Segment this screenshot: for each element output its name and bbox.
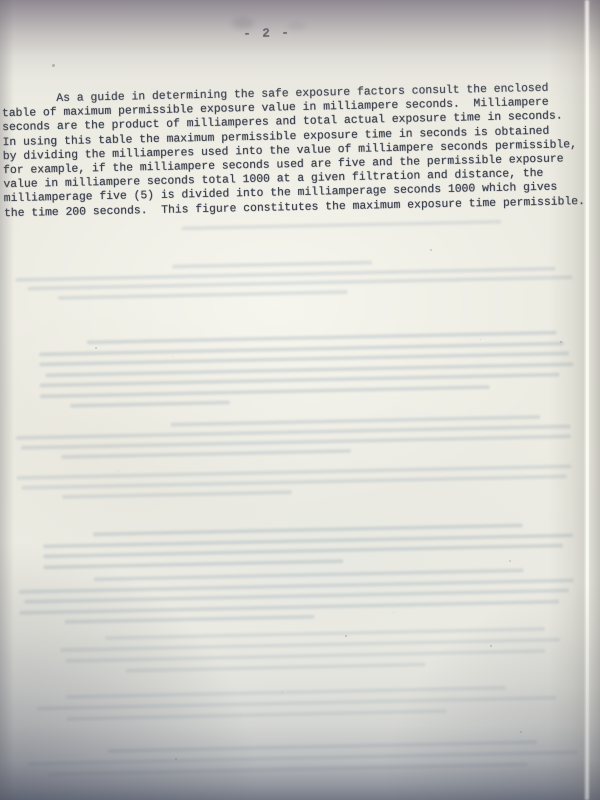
bleed-through-line [40, 385, 490, 398]
paper-speck [393, 612, 394, 613]
bleed-through-text [0, 0, 592, 6]
bleed-through-line [62, 490, 292, 499]
bleed-through-line [107, 740, 537, 753]
paper-speck [262, 160, 263, 161]
paper-speck [172, 356, 173, 357]
page-number: - 2 - [243, 26, 291, 41]
paper-speck [148, 190, 149, 191]
bleed-through-line [48, 762, 528, 776]
paper-speck [490, 645, 492, 647]
bleed-through-line [43, 559, 343, 569]
bleed-through-line [67, 709, 447, 721]
paper-speck [520, 731, 522, 733]
paper-speck [560, 341, 562, 343]
bleed-through-line [61, 449, 351, 459]
paper-speck [175, 758, 177, 760]
paper-speck [430, 249, 432, 251]
paper-speck [282, 692, 283, 693]
paper-speck [95, 347, 97, 349]
bleed-through-line [94, 568, 524, 581]
bleed-through-line [126, 662, 426, 672]
bleed-through-line [66, 686, 506, 699]
body-paragraph: As a guide in determining the safe expos… [2, 81, 595, 221]
bleed-through-line [181, 220, 501, 231]
bleed-through-line [58, 289, 348, 299]
paper-speck [509, 560, 511, 562]
paper-speck [118, 470, 119, 471]
bleed-through-line [65, 615, 315, 624]
bleed-through-line [65, 649, 545, 663]
bleed-through-line [105, 627, 545, 640]
paper-speck [52, 64, 55, 67]
paper-speck [345, 635, 347, 637]
bleed-through-line [170, 415, 540, 427]
paper-speck [480, 339, 481, 340]
bleed-through-line [93, 523, 523, 536]
bleed-through-line [70, 400, 230, 407]
bleed-through-line [172, 260, 372, 268]
page-content: - 2 - As a guide in determining the safe… [0, 0, 600, 800]
document-page-photo: - 2 - As a guide in determining the safe… [0, 0, 600, 800]
